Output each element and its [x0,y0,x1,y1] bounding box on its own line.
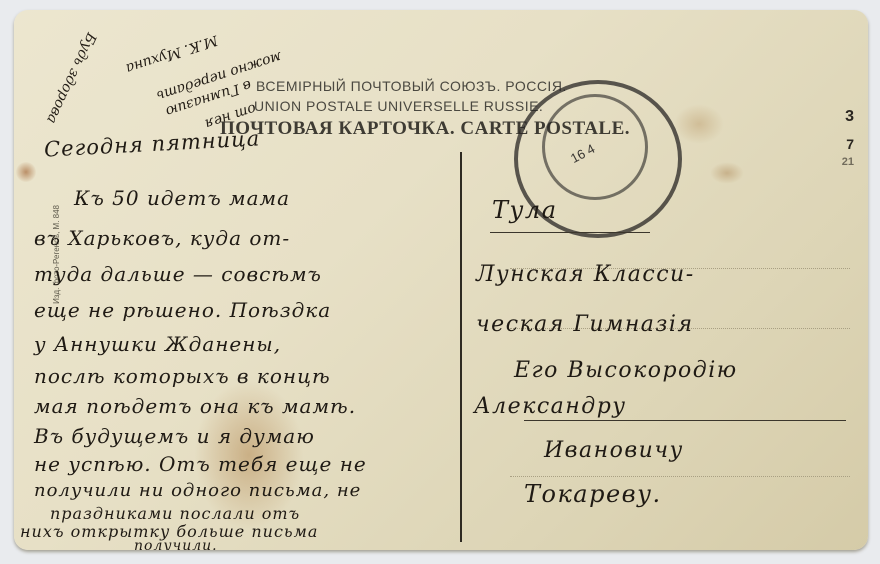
stain [16,162,36,182]
center-divider [460,152,462,542]
message-line: у Аннушки Жданены, [34,332,281,356]
edge-mark: 21 [842,156,854,168]
edge-mark: 3 [845,108,854,126]
address-guide-line [510,476,850,477]
message-line: еще не рѣшено. Поѣздка [34,298,331,322]
address-line: Ивановичу [544,438,684,463]
postmark-inner-ring [542,94,648,200]
message-line: Къ 50 идетъ мама [74,186,290,210]
header-union-fr: UNION POSTALE UNIVERSELLE RUSSIE. [254,98,543,114]
address-line: Лунская Класси- [476,262,695,287]
address-line: Токареву. [524,480,662,508]
upside-down-note: М.К. Мухина [124,32,220,77]
message-line: Въ будущемъ и я думаю [34,424,315,448]
message-line: мая поѣдетъ она къ мамѣ. [34,394,356,418]
message-line: получили ни одного письма, не [34,480,361,501]
address-line: Александру [474,394,627,419]
edge-mark: 7 [846,136,854,152]
stain [710,162,744,184]
address-city: Тула [492,196,558,224]
message-line: Сегодня пятница [44,126,261,161]
message-line: въ Харьковъ, куда от- [34,226,290,250]
stain [674,104,724,144]
publisher-imprint: Изд. фото-Регенсъ, М. 848 [52,205,61,304]
message-line: получили. [134,538,218,550]
message-line: послѣ которыхъ в концѣ [34,364,331,388]
message-line: туда дальше — совсѣмъ [34,262,322,286]
address-line: ческая Гимназія [476,312,694,337]
upside-down-note: Будь здорова [43,30,99,126]
address-rule [524,420,846,421]
message-line: праздниками послали отъ [50,504,300,523]
message-line: не успѣю. Отъ тебя еще не [34,452,367,476]
header-union-ru: ВСЕМІРНЫЙ ПОЧТОВЫЙ СОЮЗЪ. РОССІЯ. [256,78,567,94]
postcard: ВСЕМІРНЫЙ ПОЧТОВЫЙ СОЮЗЪ. РОССІЯ. UNION … [14,10,868,550]
address-line: Его Высокородію [514,358,738,383]
city-underline [490,232,650,233]
